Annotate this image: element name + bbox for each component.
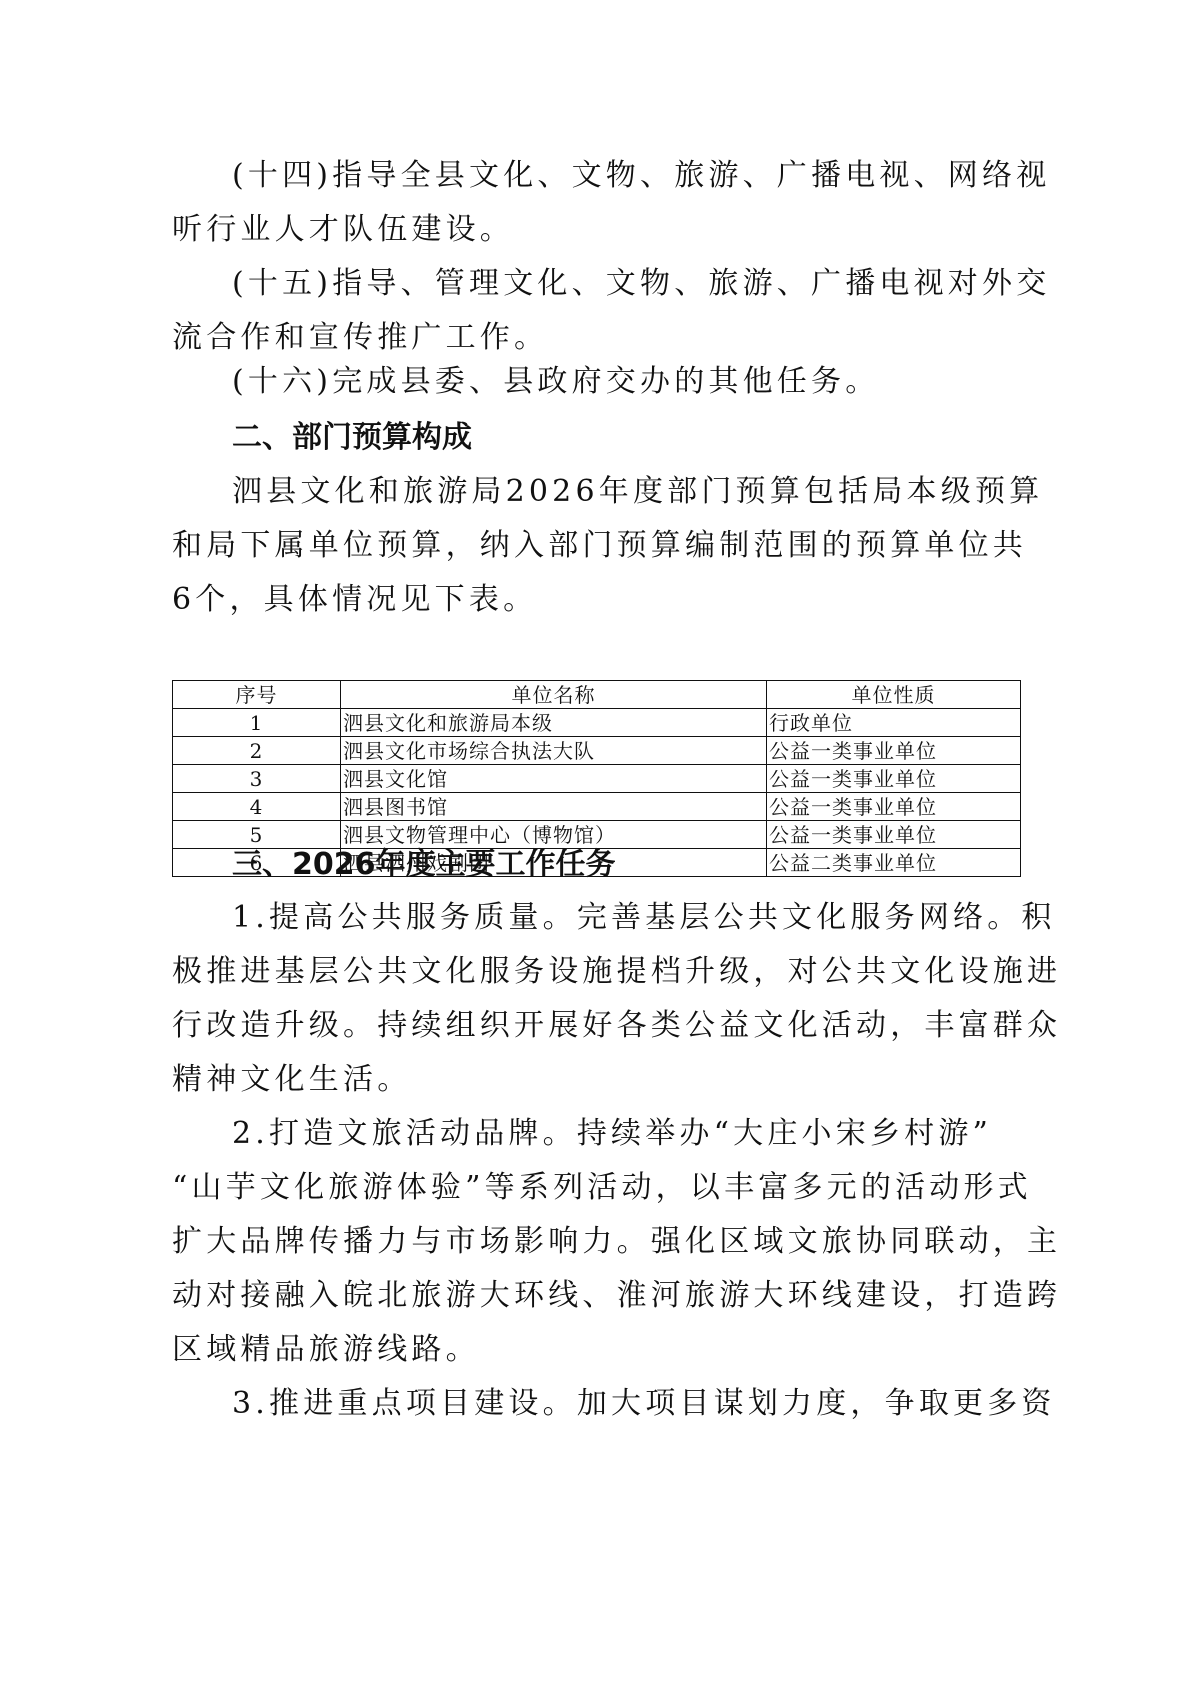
task-1-line-3: 行改造升级。持续组织开展好各类公益文化活动，丰富群众: [172, 1006, 1020, 1046]
duty-item-16-line-1: (十六)完成县委、县政府交办的其他任务。: [232, 362, 1020, 402]
task-2-line-2: “山芋文化旅游体验”等系列活动，以丰富多元的活动形式: [172, 1168, 1020, 1208]
task-1-line-1: 1.提高公共服务质量。完善基层公共文化服务网络。积: [232, 898, 1020, 938]
table-row: 4 泗县图书馆 公益一类事业单位: [173, 793, 1021, 821]
duty-item-15-line-2: 流合作和宣传推广工作。: [172, 318, 1020, 358]
section-heading-budget-composition: 二、部门预算构成: [232, 418, 1020, 458]
section-heading-main-tasks: 三、2026年度主要工作任务: [232, 845, 1020, 885]
budget-paragraph-line-2: 和局下属单位预算，纳入部门预算编制范围的预算单位共: [172, 526, 1020, 566]
duty-item-14-line-1: (十四)指导全县文化、文物、旅游、广播电视、网络视: [232, 156, 1020, 196]
task-1-line-4: 精神文化生活。: [172, 1060, 1020, 1100]
duty-item-15-line-1: (十五)指导、管理文化、文物、旅游、广播电视对外交: [232, 264, 1020, 304]
table-row: 2 泗县文化市场综合执法大队 公益一类事业单位: [173, 737, 1021, 765]
column-header-unit-type: 单位性质: [767, 681, 1021, 709]
column-header-index: 序号: [173, 681, 341, 709]
column-header-unit-name: 单位名称: [341, 681, 767, 709]
duty-item-14-line-2: 听行业人才队伍建设。: [172, 210, 1020, 250]
cell-unit-name: 泗县文化馆: [341, 765, 767, 793]
task-2-line-1: 2.打造文旅活动品牌。持续举办“大庄小宋乡村游”: [232, 1114, 1020, 1154]
table-row: 1 泗县文化和旅游局本级 行政单位: [173, 709, 1021, 737]
budget-paragraph-line-3: 6个，具体情况见下表。: [172, 580, 1020, 620]
cell-index: 1: [173, 709, 341, 737]
cell-unit-name: 泗县文化和旅游局本级: [341, 709, 767, 737]
cell-unit-type: 公益一类事业单位: [767, 765, 1021, 793]
cell-index: 2: [173, 737, 341, 765]
task-2-line-5: 区域精品旅游线路。: [172, 1330, 1020, 1370]
task-3-line-1: 3.推进重点项目建设。加大项目谋划力度，争取更多资: [232, 1384, 1020, 1424]
cell-unit-type: 行政单位: [767, 709, 1021, 737]
table-row: 3 泗县文化馆 公益一类事业单位: [173, 765, 1021, 793]
task-1-line-2: 极推进基层公共文化服务设施提档升级，对公共文化设施进: [172, 952, 1020, 992]
cell-index: 3: [173, 765, 341, 793]
task-2-line-4: 动对接融入皖北旅游大环线、淮河旅游大环线建设，打造跨: [172, 1276, 1020, 1316]
task-2-line-3: 扩大品牌传播力与市场影响力。强化区域文旅协同联动，主: [172, 1222, 1020, 1262]
cell-unit-type: 公益一类事业单位: [767, 793, 1021, 821]
budget-paragraph-line-1: 泗县文化和旅游局2026年度部门预算包括局本级预算: [232, 472, 1020, 512]
cell-index: 4: [173, 793, 341, 821]
cell-unit-type: 公益一类事业单位: [767, 737, 1021, 765]
cell-unit-name: 泗县文化市场综合执法大队: [341, 737, 767, 765]
table-header-row: 序号 单位名称 单位性质: [173, 681, 1021, 709]
cell-unit-name: 泗县图书馆: [341, 793, 767, 821]
